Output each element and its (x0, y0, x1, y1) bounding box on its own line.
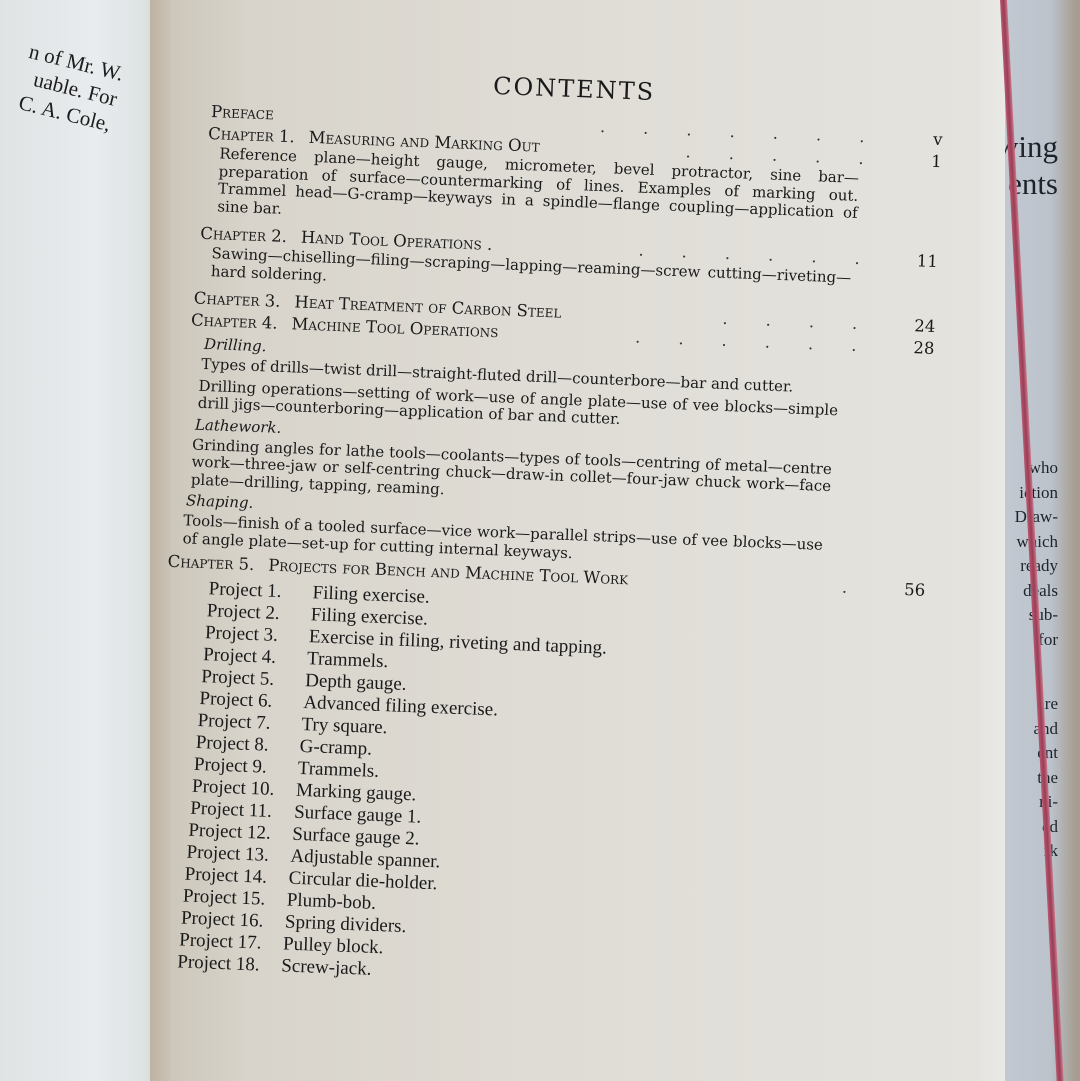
chapter-number: Chapter 5. (167, 552, 254, 574)
left-page-text: n of Mr. W. uable. For C. A. Cole, (0, 30, 146, 142)
page-number: 28 (900, 337, 935, 360)
chapter-number: Chapter 3. (194, 289, 281, 311)
chapter-number: Chapter 2. (200, 224, 287, 246)
chapter-number: Chapter 4. (191, 310, 278, 332)
table-of-contents: CONTENTS Preface ....... v Chapter 1.Mea… (150, 60, 944, 1002)
project-list: Project 1.Filing exercise. Project 2.Fil… (178, 578, 925, 1002)
page-number: 1 (907, 150, 942, 173)
page-number: 11 (903, 250, 938, 273)
left-facing-page: n of Mr. W. uable. For C. A. Cole, (0, 0, 160, 1081)
page-number: 56 (891, 579, 926, 602)
page-number: 24 (901, 315, 936, 338)
chapter-number: Chapter 1. (208, 124, 295, 146)
back-book-large-text: wing ents (996, 128, 1058, 202)
page-number: v (908, 128, 943, 151)
entry-label: Preface (211, 101, 275, 125)
